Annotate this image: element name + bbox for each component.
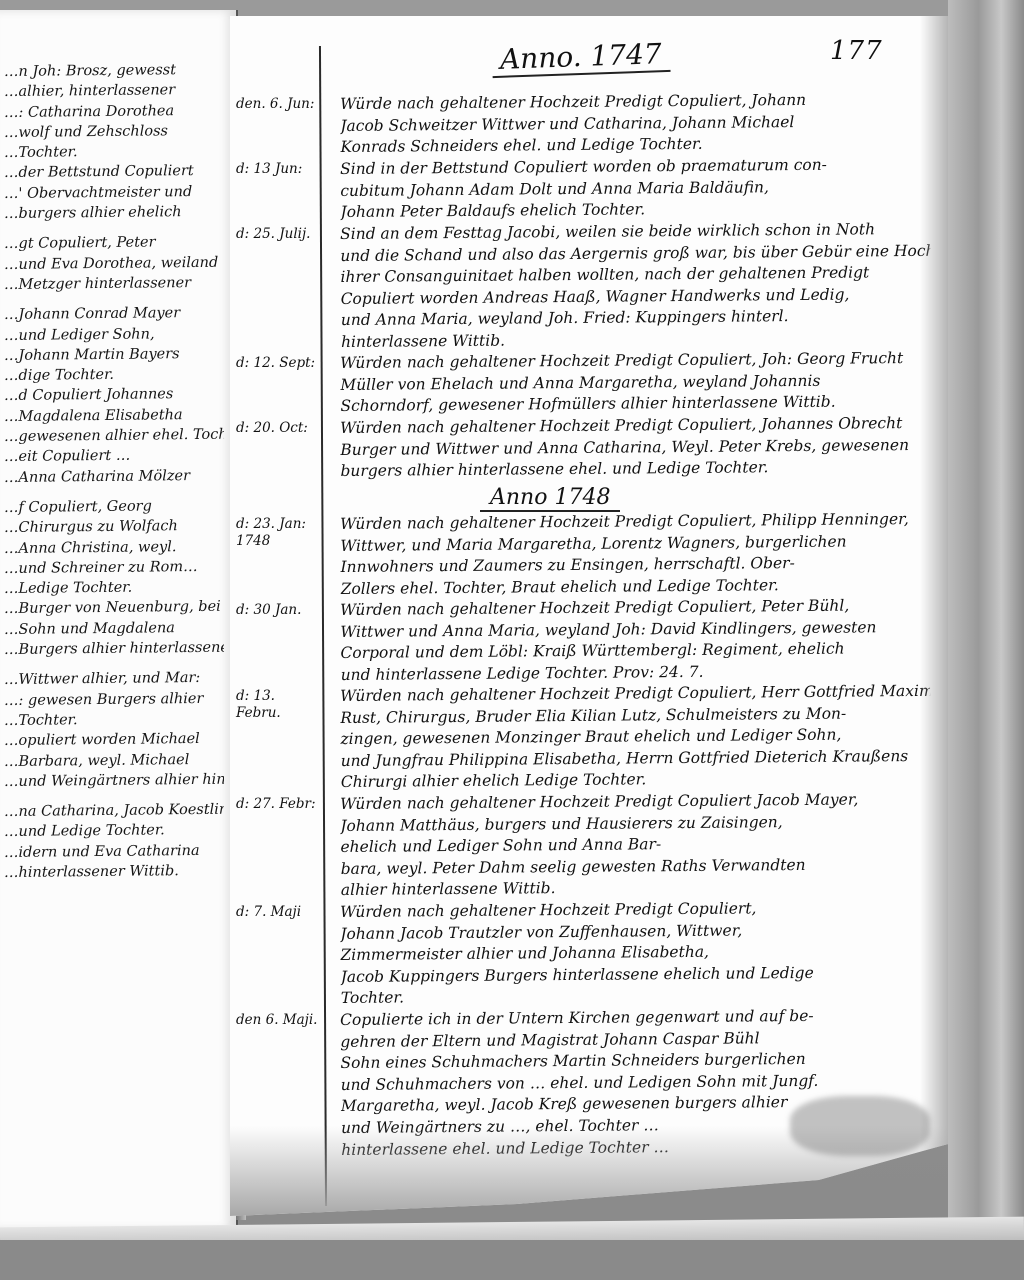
right-page: Anno. 1747 177 den. 6. Jun:Würde nach ge… xyxy=(230,16,948,1216)
left-page-line: …hinterlassener Wittib. xyxy=(4,861,224,884)
left-page-line: …Burgers alhier hinterlassene xyxy=(4,638,224,661)
left-page-line: …alhier, hinterlassener xyxy=(4,80,224,103)
entry-date: den 6. Maji. xyxy=(236,1012,322,1029)
left-page-line: …Burger von Neuenburg, bei xyxy=(4,597,224,620)
register-entries: den. 6. Jun:Würde nach gehaltener Hochze… xyxy=(230,94,930,1162)
left-page-line: …und Eva Dorothea, weiland xyxy=(4,252,224,275)
entry-date: d: 20. Oct: xyxy=(236,420,322,437)
left-page-line: …und Schreiner zu Rom… xyxy=(4,557,224,580)
register-entry: d: 23. Jan: 1748Würden nach gehaltener H… xyxy=(230,514,930,600)
left-page-line: …gewesenen alhier ehel. Tochter xyxy=(4,425,224,448)
register-entry: d: 20. Oct:Würden nach gehaltener Hochze… xyxy=(230,418,930,483)
left-page-line: …' Obervachtmeister und xyxy=(4,181,224,204)
entry-date: d: 7. Maji xyxy=(236,904,322,921)
entry-date: d: 12. Sept: xyxy=(236,355,322,372)
left-page-line: …opuliert worden Michael xyxy=(4,729,224,752)
entry-text: Würden nach gehaltener Hochzeit Predigt … xyxy=(340,509,931,601)
entry-text: Würden nach gehaltener Hochzeit Predigt … xyxy=(340,681,931,794)
left-page-line: …der Bettstund Copuliert xyxy=(4,161,224,184)
left-page-line: …d Copuliert Johannes xyxy=(4,384,224,407)
entry-date: d: 25. Julij. xyxy=(236,226,322,243)
left-page-line: …f Copuliert, Georg xyxy=(4,496,224,519)
year-heading: Anno 1748 xyxy=(480,485,620,512)
left-page-line: …Johann Martin Bayers xyxy=(4,344,224,367)
left-page-line: …Sohn und Magdalena xyxy=(4,617,224,640)
left-page-fragment: …n Joh: Brosz, gewesst…alhier, hinterlas… xyxy=(0,10,238,1230)
entry-text: Würde nach gehaltener Hochzeit Predigt C… xyxy=(340,89,931,159)
entry-text: Würden nach gehaltener Hochzeit Predigt … xyxy=(340,348,931,418)
left-page-line: …Metzger hinterlassener xyxy=(4,273,224,296)
left-page-line: …Johann Conrad Mayer xyxy=(4,303,224,326)
left-page-line: …n Joh: Brosz, gewesst xyxy=(4,60,224,83)
left-page-line: …burgers alhier ehelich xyxy=(4,202,224,225)
left-page-line: …eit Copuliert … xyxy=(4,445,224,468)
entry-text: Würden nach gehaltener Hochzeit Predigt … xyxy=(340,595,931,687)
entry-text: Sind an dem Festtag Jacobi, weilen sie b… xyxy=(340,218,931,353)
left-page-line: …Barbara, weyl. Michael xyxy=(4,749,224,772)
left-page-line: …Chirurgus zu Wolfach xyxy=(4,516,224,539)
register-entry: d: 30 Jan.Würden nach gehaltener Hochzei… xyxy=(230,600,930,686)
register-entry: d: 12. Sept:Würden nach gehaltener Hochz… xyxy=(230,353,930,418)
register-entry: d: 13 Jun:Sind in der Bettstund Copulier… xyxy=(230,159,930,224)
left-page-line: …: Catharina Dorothea xyxy=(4,100,224,123)
left-page-line: …Wittwer alhier, und Mar: xyxy=(4,668,224,691)
scan-background-bottom xyxy=(0,1240,1024,1280)
left-page-line: …und Weingärtners alhier hint. xyxy=(4,769,224,792)
book-edge xyxy=(948,0,1024,1240)
left-page-line: …Tochter. xyxy=(4,709,224,732)
header-year: Anno. 1747 xyxy=(491,37,670,78)
register-entry: d: 13. Febru.Würden nach gehaltener Hoch… xyxy=(230,686,930,794)
entry-text: Würden nach gehaltener Hochzeit Predigt … xyxy=(340,897,931,1010)
left-page-line: …Magdalena Elisabetha xyxy=(4,404,224,427)
left-page-line: …idern und Eva Catharina xyxy=(4,840,224,863)
entry-date: d: 23. Jan: 1748 xyxy=(236,516,322,550)
left-page-line: …und Lediger Sohn, xyxy=(4,323,224,346)
left-page-text: …n Joh: Brosz, gewesst…alhier, hinterlas… xyxy=(4,62,224,883)
entry-text: Würden nach gehaltener Hochzeit Predigt … xyxy=(340,413,931,483)
entry-text: Würden nach gehaltener Hochzeit Predigt … xyxy=(340,789,931,902)
register-entry: d: 27. Febr:Würden nach gehaltener Hochz… xyxy=(230,794,930,902)
left-page-line: …: gewesen Burgers alhier xyxy=(4,688,224,711)
entry-date: den. 6. Jun: xyxy=(236,96,322,113)
entry-date: d: 13. Febru. xyxy=(236,688,322,722)
entry-date: d: 27. Febr: xyxy=(236,796,322,813)
left-page-line: …wolf und Zehschloss xyxy=(4,121,224,144)
entry-line: burgers alhier hinterlassene ehel. und L… xyxy=(340,456,930,483)
entry-date: d: 30 Jan. xyxy=(236,602,322,619)
left-page-line: …na Catharina, Jacob Koestlin xyxy=(4,800,224,823)
register-entry: den. 6. Jun:Würde nach gehaltener Hochze… xyxy=(230,94,930,159)
left-page-line: …gt Copuliert, Peter xyxy=(4,232,224,255)
register-entry: d: 7. MajiWürden nach gehaltener Hochzei… xyxy=(230,902,930,1010)
folio-number: 177 xyxy=(830,36,883,66)
entry-date: d: 13 Jun: xyxy=(236,161,322,178)
left-page-line: …Anna Catharina Mölzer xyxy=(4,465,224,488)
register-entry: d: 25. Julij.Sind an dem Festtag Jacobi,… xyxy=(230,224,930,354)
stain xyxy=(790,1096,930,1156)
page-edge-shadow xyxy=(920,16,948,1216)
entry-text: Sind in der Bettstund Copuliert worden o… xyxy=(340,154,931,224)
left-page-line: …Anna Christina, weyl. xyxy=(4,536,224,559)
left-page-line: …und Ledige Tochter. xyxy=(4,820,224,843)
